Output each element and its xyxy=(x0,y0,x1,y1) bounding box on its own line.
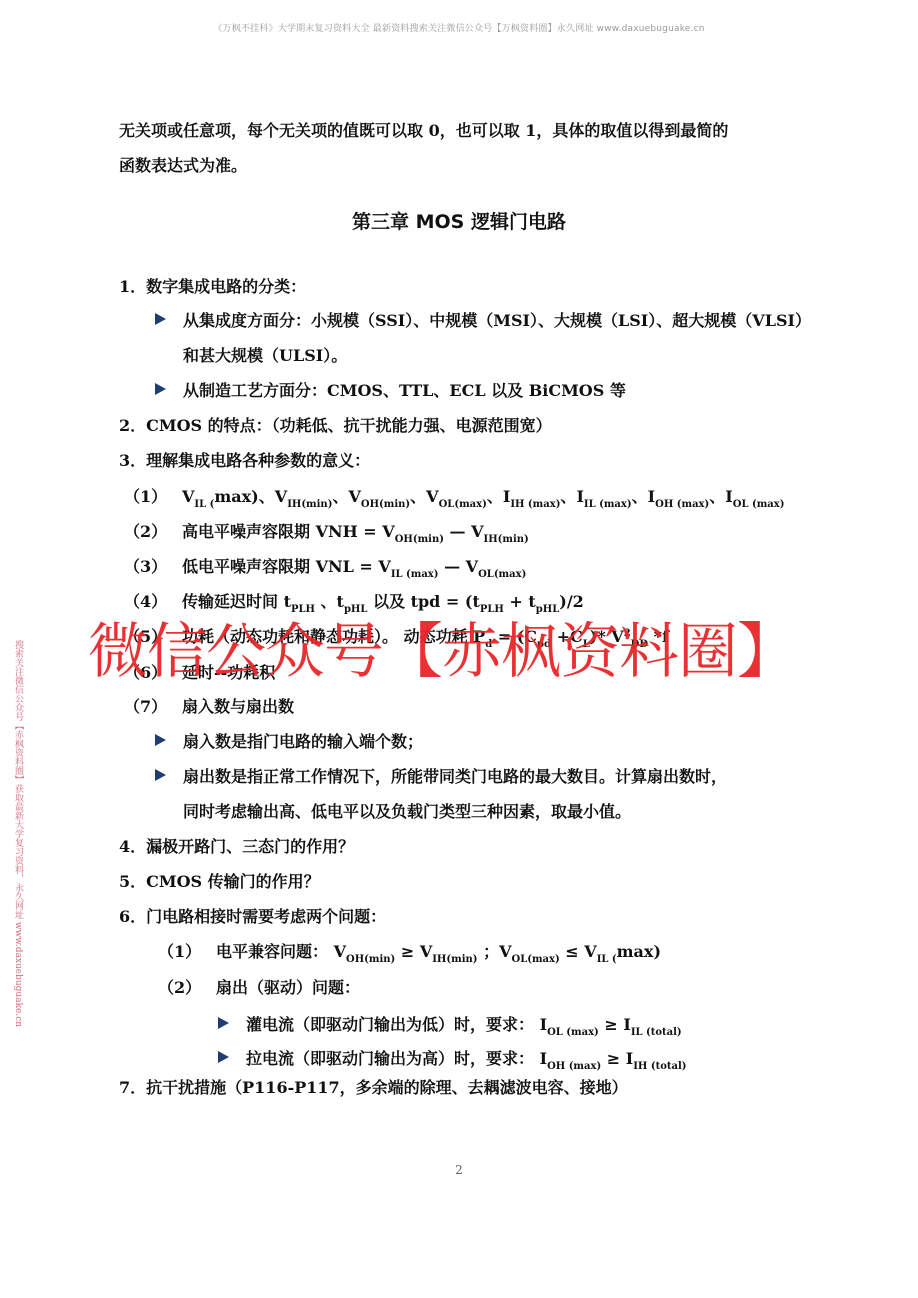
bullet-continuation: 和甚大规模（ULSI）。 xyxy=(183,343,347,366)
bullet-item: 扇入数是指门电路的输入端个数； xyxy=(155,729,423,752)
level-compat-item: （1）电平兼容问题： VOH(min) ≥ VIH(min) ；VOL(max)… xyxy=(158,939,661,962)
section-number: 2． xyxy=(119,416,146,435)
section-4-heading: 4．漏极开路门、三态门的作用？ xyxy=(119,834,354,857)
bullet-item: 从集成度方面分：小规模（SSI）、中规模（MSI）、大规模（LSI）、超大规模（… xyxy=(155,308,811,331)
item-label: （5） xyxy=(124,624,182,647)
intro-line-1: 无关项或任意项，每个无关项的值既可以取 0，也可以取 1，具体的取值以得到最简的 xyxy=(119,118,728,141)
bullet-item: 灌电流（即驱动门输出为低）时，要求： IOL (max) ≥ IIL (tota… xyxy=(218,1012,682,1035)
item-label: （1） xyxy=(158,939,216,962)
item-label: （6） xyxy=(124,660,182,683)
triangle-bullet-icon xyxy=(155,383,166,395)
param-item-1: （1）VIL (max)、VIH(min)、VOH(min)、VOL(max)、… xyxy=(124,484,784,507)
section-number: 3． xyxy=(119,451,146,470)
item-label: （3） xyxy=(124,554,182,577)
section-number: 6． xyxy=(119,907,146,926)
section-title: CMOS 传输门的作用？ xyxy=(146,872,320,891)
param-item-2: （2）高电平噪声容限期 VNH = VOH(min) — VIH(min) xyxy=(124,519,529,542)
intro-line-2: 函数表达式为准。 xyxy=(119,153,247,176)
section-1-heading: 1．数字集成电路的分类： xyxy=(119,274,306,297)
section-2-heading: 2．CMOS 的特点：（功耗低、抗干扰能力强、电源范围宽） xyxy=(119,413,552,436)
bullet-text: 从集成度方面分：小规模（SSI）、中规模（MSI）、大规模（LSI）、超大规模（… xyxy=(183,311,811,330)
section-title: 抗干扰措施（P116-P117，多余端的除理、去耦滤波电容、接地） xyxy=(146,1078,628,1097)
param-item-7: （7）扇入数与扇出数 xyxy=(124,694,294,717)
bullet-text: 扇入数是指门电路的输入端个数； xyxy=(183,732,423,751)
section-number: 4． xyxy=(119,837,146,856)
header-watermark: 《万枫不挂科》大学期末复习资料大全 最新资料搜索关注微信公众号【万枫资料圈】永久… xyxy=(0,21,918,34)
side-watermark: 搜索关注微信公众号【赤枫资料圈】获取最新大学复习资料，永久网址 www.daxu… xyxy=(11,640,23,1027)
bullet-item: 扇出数是指正常工作情况下，所能带同类门电路的最大数目。计算扇出数时， xyxy=(155,764,727,787)
section-6-heading: 6．门电路相接时需要考虑两个问题： xyxy=(119,904,386,927)
bullet-item: 拉电流（即驱动门输出为高）时，要求： IOH (max) ≥ IIH (tota… xyxy=(218,1046,687,1069)
section-number: 7． xyxy=(119,1078,146,1097)
triangle-bullet-icon xyxy=(155,313,166,325)
bullet-text: 扇出数是指正常工作情况下，所能带同类门电路的最大数目。计算扇出数时， xyxy=(183,767,727,786)
section-number: 1． xyxy=(119,277,146,296)
section-title: 门电路相接时需要考虑两个问题： xyxy=(146,907,386,926)
bullet-item: 从制造工艺方面分：CMOS、TTL、ECL 以及 BiCMOS 等 xyxy=(155,378,626,401)
section-number: 5． xyxy=(119,872,146,891)
section-title: 数字集成电路的分类： xyxy=(146,277,306,296)
section-title: 漏极开路门、三态门的作用？ xyxy=(146,837,354,856)
item-label: （1） xyxy=(124,484,182,507)
bullet-text: 从制造工艺方面分：CMOS、TTL、ECL 以及 BiCMOS 等 xyxy=(183,381,626,400)
section-5-heading: 5．CMOS 传输门的作用？ xyxy=(119,869,320,892)
item-label: （2） xyxy=(124,519,182,542)
param-item-3: （3）低电平噪声容限期 VNL = VIL (max) — VOL(max) xyxy=(124,554,526,577)
section-title: CMOS 的特点：（功耗低、抗干扰能力强、电源范围宽） xyxy=(146,416,552,435)
section-3-heading: 3．理解集成电路各种参数的意义： xyxy=(119,448,370,471)
item-label: （7） xyxy=(124,694,182,717)
triangle-bullet-icon xyxy=(155,734,166,746)
page-number: 2 xyxy=(0,1163,918,1177)
triangle-bullet-icon xyxy=(218,1051,229,1063)
item-label: （4） xyxy=(124,589,182,612)
section-title: 理解集成电路各种参数的意义： xyxy=(146,451,370,470)
section-7-heading: 7．抗干扰措施（P116-P117，多余端的除理、去耦滤波电容、接地） xyxy=(119,1075,628,1098)
param-item-6: （6）延时--功耗积 xyxy=(124,660,275,683)
triangle-bullet-icon xyxy=(218,1017,229,1029)
fanout-item: （2）扇出（驱动）问题： xyxy=(158,975,360,998)
triangle-bullet-icon xyxy=(155,769,166,781)
item-label: （2） xyxy=(158,975,216,998)
param-item-5: （5）功耗（动态功耗和静态功耗）。 动态功耗 Pd = (Cpd +CL)* V… xyxy=(124,624,669,647)
param-item-4: （4）传输延迟时间 tPLH 、tpHL 以及 tpd = (tPLH + tp… xyxy=(124,589,584,612)
bullet-continuation: 同时考虑输出高、低电平以及负载门类型三种因素，取最小值。 xyxy=(183,799,631,822)
chapter-title: 第三章 MOS 逻辑门电路 xyxy=(0,207,918,234)
